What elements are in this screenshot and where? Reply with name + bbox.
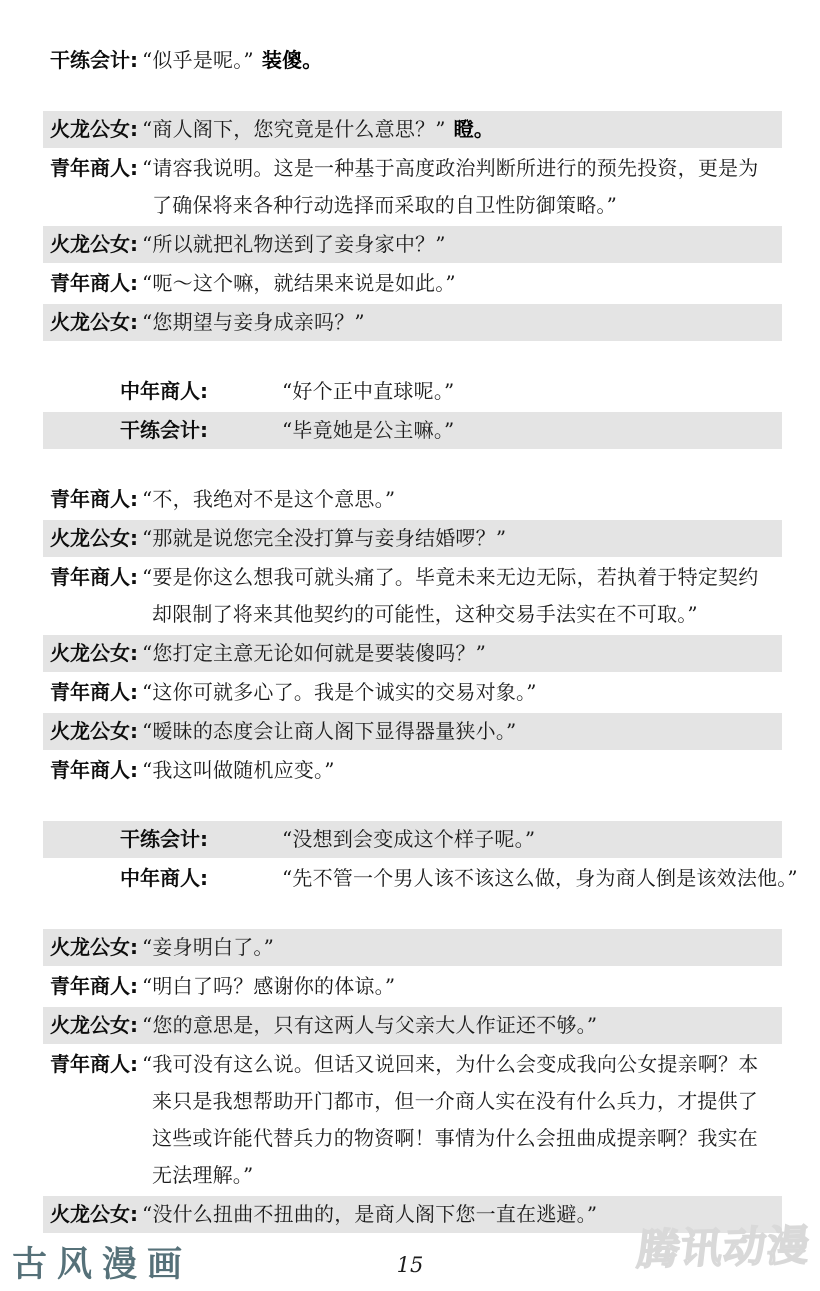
- speaker-label: 青年商人:: [43, 265, 140, 302]
- speaker-label: 火龙公女:: [43, 1007, 140, 1044]
- dialogue-row: 火龙公女: “暧昧的态度会让商人阁下显得器量狭小。”: [43, 713, 782, 750]
- dialogue-row: 中年商人: “先不管一个男人该不该这么做，身为商人倒是该效法他。”: [43, 860, 782, 897]
- speech-line: “这你可就多心了。我是个诚实的交易对象。”: [152, 674, 782, 711]
- speech-line: “明白了吗？感谢你的体谅。”: [152, 968, 782, 1005]
- dialogue-row: 火龙公女: “您期望与妾身成亲吗？”: [43, 304, 782, 341]
- speech-line: “我可没有这么说。但话又说回来，为什么会变成我向公女提亲啊？本: [152, 1046, 782, 1083]
- dialogue-row: 干练会计: “似乎是呢。”装傻。: [43, 42, 782, 79]
- speech-line: “要是你这么想我可就头痛了。毕竟未来无边无际，若执着于特定契约: [152, 559, 782, 596]
- speech-text: “我这叫做随机应变。”: [140, 752, 782, 789]
- speech-line: “不，我绝对不是这个意思。”: [152, 481, 782, 518]
- speech-text: “要是你这么想我可就头痛了。毕竟未来无边无际，若执着于特定契约却限制了将来其他契…: [140, 559, 782, 633]
- dialogue-row: 干练会计: “没想到会变成这个样子呢。”: [43, 821, 782, 858]
- speaker-label: 青年商人:: [43, 674, 140, 711]
- dialogue-row: 中年商人: “好个正中直球呢。”: [43, 373, 782, 410]
- speech-line: “没想到会变成这个样子呢。”: [292, 821, 782, 858]
- speech-text: “毕竟她是公主嘛。”: [280, 412, 782, 449]
- speech-text: “妾身明白了。”: [140, 929, 782, 966]
- speech-line: “商人阁下，您究竟是什么意思？”瞪。: [152, 111, 782, 148]
- dialogue-row: 青年商人: “这你可就多心了。我是个诚实的交易对象。”: [43, 674, 782, 711]
- speaker-label: 青年商人:: [43, 481, 140, 518]
- dialogue-row: 火龙公女: “您打定主意无论如何就是要装傻吗？”: [43, 635, 782, 672]
- dialogue-row: 火龙公女: “妾身明白了。”: [43, 929, 782, 966]
- dialogue-row: 青年商人: “不，我绝对不是这个意思。”: [43, 481, 782, 518]
- dialogue-row: 青年商人: “明白了吗？感谢你的体谅。”: [43, 968, 782, 1005]
- speech-text: “那就是说您完全没打算与妾身结婚啰？”: [140, 520, 782, 557]
- dialogue-row: 青年商人: “请容我说明。这是一种基于高度政治判断所进行的预先投资，更是为了确保…: [43, 150, 782, 224]
- speaker-label: 干练会计:: [43, 412, 280, 449]
- speech-line: 了确保将来各种行动选择而采取的自卫性防御策略。”: [152, 187, 782, 224]
- speech-text: “似乎是呢。”装傻。: [140, 42, 782, 79]
- page: { "page": { "brand": "古风漫画", "page_numbe…: [0, 0, 820, 1291]
- speaker-label: 火龙公女:: [43, 713, 140, 750]
- dialogue-row: 青年商人: “要是你这么想我可就头痛了。毕竟未来无边无际，若执着于特定契约却限制…: [43, 559, 782, 633]
- speech-text: “我可没有这么说。但话又说回来，为什么会变成我向公女提亲啊？本来只是我想帮助开门…: [140, 1046, 782, 1194]
- speech-line: “您打定主意无论如何就是要装傻吗？”: [152, 635, 782, 672]
- speech-text: “不，我绝对不是这个意思。”: [140, 481, 782, 518]
- speech-line: “没什么扭曲不扭曲的，是商人阁下您一直在逃避。”: [152, 1196, 782, 1233]
- speaker-label: 火龙公女:: [43, 226, 140, 263]
- bold-action-text: 装傻。: [262, 48, 323, 72]
- speaker-label: 火龙公女:: [43, 520, 140, 557]
- speech-line: “好个正中直球呢。”: [292, 373, 782, 410]
- speech-text: “没想到会变成这个样子呢。”: [280, 821, 782, 858]
- speech-text: “商人阁下，您究竟是什么意思？”瞪。: [140, 111, 782, 148]
- speech-text: “所以就把礼物送到了妾身家中？”: [140, 226, 782, 263]
- speaker-label: 火龙公女:: [43, 1196, 140, 1233]
- speech-line: “那就是说您完全没打算与妾身结婚啰？”: [152, 520, 782, 557]
- speech-text: “您的意思是，只有这两人与父亲大人作证还不够。”: [140, 1007, 782, 1044]
- speech-text: “请容我说明。这是一种基于高度政治判断所进行的预先投资，更是为了确保将来各种行动…: [140, 150, 782, 224]
- speech-line: 来只是我想帮助开门都市，但一介商人实在没有什么兵力，才提供了: [152, 1083, 782, 1120]
- dialogue-row: 干练会计: “毕竟她是公主嘛。”: [43, 412, 782, 449]
- speaker-label: 青年商人:: [43, 150, 140, 224]
- speech-text: “您期望与妾身成亲吗？”: [140, 304, 782, 341]
- dialogue-row: 火龙公女: “您的意思是，只有这两人与父亲大人作证还不够。”: [43, 1007, 782, 1044]
- speech-line: “请容我说明。这是一种基于高度政治判断所进行的预先投资，更是为: [152, 150, 782, 187]
- speech-line: “所以就把礼物送到了妾身家中？”: [152, 226, 782, 263]
- speech-text: “先不管一个男人该不该这么做，身为商人倒是该效法他。”: [280, 860, 782, 897]
- speech-text: “好个正中直球呢。”: [280, 373, 782, 410]
- speaker-label: 青年商人:: [43, 559, 140, 633]
- speech-line: 这些或许能代替兵力的物资啊！事情为什么会扭曲成提亲啊？我实在: [152, 1120, 782, 1157]
- speech-line: “呃～这个嘛，就结果来说是如此。”: [152, 265, 782, 302]
- speech-text: “您打定主意无论如何就是要装傻吗？”: [140, 635, 782, 672]
- speech-line: “您期望与妾身成亲吗？”: [152, 304, 782, 341]
- speaker-label: 青年商人:: [43, 968, 140, 1005]
- speech-line: “似乎是呢。”装傻。: [152, 42, 782, 79]
- dialogue-row: 火龙公女: “所以就把礼物送到了妾身家中？”: [43, 226, 782, 263]
- dialogue-row: 青年商人: “呃～这个嘛，就结果来说是如此。”: [43, 265, 782, 302]
- bold-action-text: 瞪。: [454, 117, 494, 141]
- speaker-label: 中年商人:: [43, 860, 280, 897]
- speech-line: “毕竟她是公主嘛。”: [292, 412, 782, 449]
- speaker-label: 火龙公女:: [43, 929, 140, 966]
- speech-text: “呃～这个嘛，就结果来说是如此。”: [140, 265, 782, 302]
- speaker-label: 青年商人:: [43, 1046, 140, 1194]
- script-body: 干练会计: “似乎是呢。”装傻。 火龙公女: “商人阁下，您究竟是什么意思？”瞪…: [0, 0, 820, 1233]
- speech-line: 却限制了将来其他契约的可能性，这种交易手法实在不可取。”: [152, 596, 782, 633]
- page-number: 15: [0, 1253, 820, 1277]
- speech-line: “先不管一个男人该不该这么做，身为商人倒是该效法他。”: [292, 860, 782, 897]
- speech-text: “这你可就多心了。我是个诚实的交易对象。”: [140, 674, 782, 711]
- speech-text: “明白了吗？感谢你的体谅。”: [140, 968, 782, 1005]
- speech-line: “我这叫做随机应变。”: [152, 752, 782, 789]
- speaker-label: 青年商人:: [43, 752, 140, 789]
- speech-line: 无法理解。”: [152, 1157, 782, 1194]
- dialogue-row: 火龙公女: “商人阁下，您究竟是什么意思？”瞪。: [43, 111, 782, 148]
- dialogue-row: 火龙公女: “没什么扭曲不扭曲的，是商人阁下您一直在逃避。”: [43, 1196, 782, 1233]
- dialogue-row: 青年商人: “我可没有这么说。但话又说回来，为什么会变成我向公女提亲啊？本来只是…: [43, 1046, 782, 1194]
- dialogue-row: 火龙公女: “那就是说您完全没打算与妾身结婚啰？”: [43, 520, 782, 557]
- speech-text: “没什么扭曲不扭曲的，是商人阁下您一直在逃避。”: [140, 1196, 782, 1233]
- speaker-label: 火龙公女:: [43, 304, 140, 341]
- speaker-label: 中年商人:: [43, 373, 280, 410]
- dialogue-row: 青年商人: “我这叫做随机应变。”: [43, 752, 782, 789]
- speech-line: “您的意思是，只有这两人与父亲大人作证还不够。”: [152, 1007, 782, 1044]
- speaker-label: 干练会计:: [43, 42, 140, 79]
- speaker-label: 火龙公女:: [43, 635, 140, 672]
- speech-text: “暧昧的态度会让商人阁下显得器量狭小。”: [140, 713, 782, 750]
- speaker-label: 火龙公女:: [43, 111, 140, 148]
- speaker-label: 干练会计:: [43, 821, 280, 858]
- speech-line: “暧昧的态度会让商人阁下显得器量狭小。”: [152, 713, 782, 750]
- speech-line: “妾身明白了。”: [152, 929, 782, 966]
